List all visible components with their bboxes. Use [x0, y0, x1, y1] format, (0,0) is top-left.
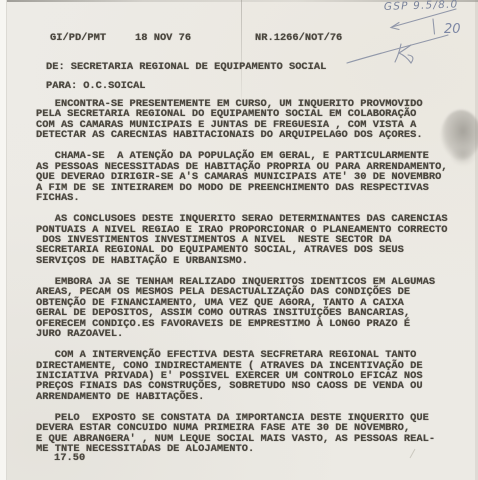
pen-tick	[433, 19, 435, 34]
pen-arrow-head	[391, 23, 399, 30]
scan-edge-top	[0, 0, 478, 2]
reference-code: GI/PD/PMT	[50, 33, 106, 43]
to-line: PARA:O.C.SOICAL	[46, 81, 146, 91]
document-page: GI/PD/PMT 18 NOV 76 NR.1266/NOT/76 DE:SE…	[0, 0, 478, 480]
from-label: DE:	[46, 61, 65, 73]
paragraph-6: PELO EXPOSTO SE CONSTATA DA IMPORTANCIA …	[36, 413, 460, 455]
document-date: 18 NOV 76	[135, 33, 191, 43]
document-body: ENCONTRA-SE PRESENTEMENTE EM CURSO, UM I…	[36, 99, 460, 465]
scan-edge-left	[0, 0, 7, 480]
from-line: DE:SECRETARIA REGIONAL DE EQUIPAMENTO SO…	[46, 62, 326, 72]
time-stamp: 17.50	[54, 453, 85, 463]
to-value: O.C.SOICAL	[83, 80, 145, 92]
paper-crease	[241, 0, 242, 112]
paragraph-5: COM A INTERVENÇÃO EFECTIVA DESTA SECFRET…	[36, 350, 460, 402]
paragraph-1: ENCONTRA-SE PRESENTEMENTE EM CURSO, UM I…	[36, 99, 460, 141]
annotation-page-number: 20	[444, 22, 461, 37]
paragraph-2: CHAMA-SE A ATENÇÃO DA POPULAÇÃO EM GERAL…	[36, 151, 460, 203]
pen-arrow-line	[392, 9, 456, 27]
signature-initials	[395, 44, 413, 63]
from-value: SECRETARIA REGIONAL DE EQUIPAMENTO SOCIA…	[71, 61, 327, 73]
pen-diagonal-line	[347, 35, 448, 63]
to-label: PARA:	[46, 80, 77, 92]
paragraph-4: EMBORA JA SE TENHAM REALIZADO INQUERITOS…	[36, 277, 460, 340]
paragraph-3: AS CONCLUSOES DESTE INQUERITO SERAO DETE…	[36, 214, 460, 266]
document-number: NR.1266/NOT/76	[255, 33, 342, 43]
